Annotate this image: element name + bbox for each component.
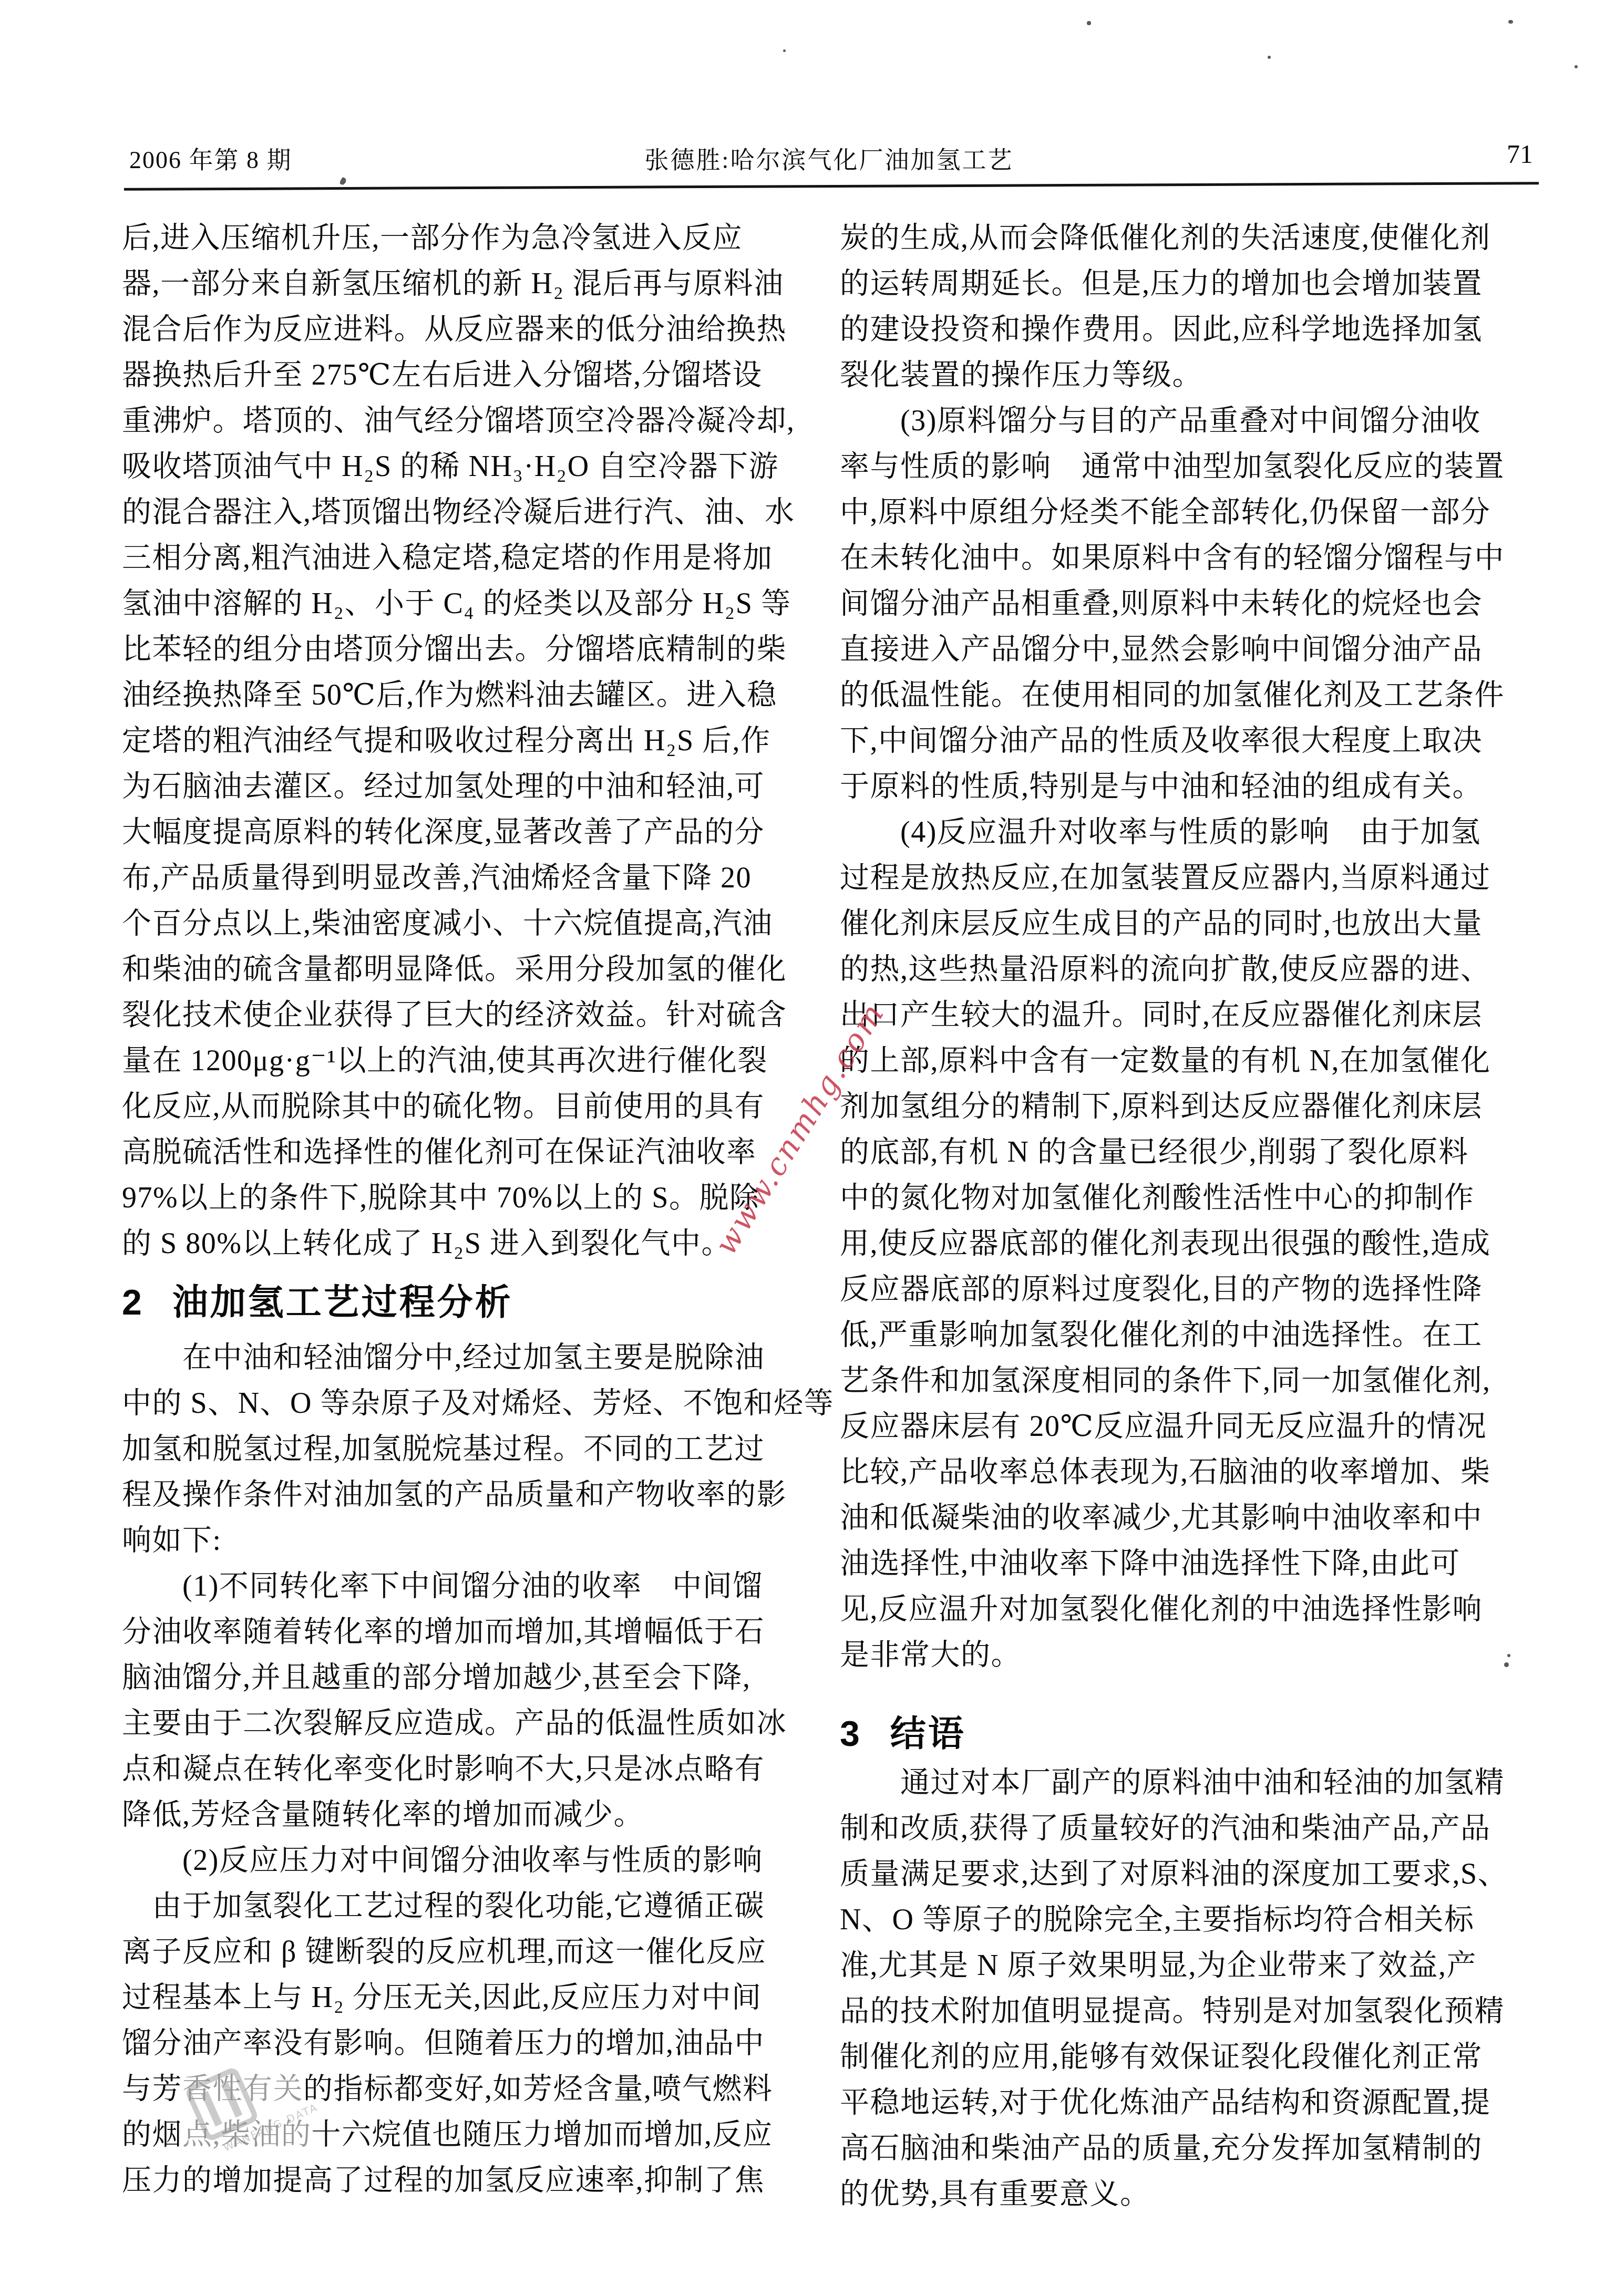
text-line: 中的 S、N、O 等杂原子及对烯烃、芳烃、不饱和烃等 — [122, 1381, 823, 1426]
text-line: 下,中间馏分油产品的性质及收率很大程度上取决 — [840, 718, 1541, 764]
text-line: 率与性质的影响 通常中油型加氢裂化反应的装置 — [840, 444, 1541, 490]
text-line: 降低,芳烃含量随转化率的增加而减少。 — [122, 1792, 823, 1838]
text-line: 过程基本上与 H₂ 分压无关,因此,反应压力对中间 — [122, 1975, 823, 2021]
text-line: 和柴油的硫含量都明显降低。采用分段加氢的催化 — [122, 947, 823, 992]
text-line: 艺条件和加氢深度相同的条件下,同一加氢催化剂, — [840, 1358, 1541, 1404]
text-line: 过程是放热反应,在加氢装置反应器内,当原料通过 — [840, 855, 1541, 901]
text-line: 吸收塔顶油气中 H₂S 的稀 NH₃·H₂O 自空冷器下游 — [122, 444, 823, 490]
text-line: 为石脑油去灌区。经过加氢处理的中油和轻油,可 — [122, 764, 823, 810]
text-line: 见,反应温升对加氢裂化催化剂的中油选择性影响 — [840, 1587, 1541, 1632]
paragraph: 炭的生成,从而会降低催化剂的失活速度,使催化剂的运转周期延长。但是,压力的增加也… — [840, 215, 1541, 1678]
text-segment: 点,柴油的 — [182, 2118, 312, 2151]
text-line: 混合后作为反应进料。从反应器来的低分油给换热 — [122, 307, 823, 353]
text-line: 由于加氢裂化工艺过程的裂化功能,它遵循正碳 — [122, 1884, 823, 1929]
text-line: 中的氮化物对加氢催化剂酸性活性中心的抑制作 — [840, 1175, 1541, 1221]
text-line: 剂加氢组分的精制下,原料到达反应器催化剂床层 — [840, 1084, 1541, 1130]
text-line: 器,一部分来自新氢压缩机的新 H₂ 混后再与原料油 — [122, 261, 823, 307]
text-line: 在中油和轻油馏分中,经过加氢主要是脱除油 — [122, 1335, 823, 1381]
text-segment: 与芳 — [122, 2073, 182, 2105]
text-line: 程及操作条件对油加氢的产品质量和产物收率的影 — [122, 1472, 823, 1518]
text-line: 比苯轻的组分由塔顶分馏出去。分馏塔底精制的柴 — [122, 627, 823, 673]
text-line: 个百分点以上,柴油密度减小、十六烷值提高,汽油 — [122, 901, 823, 947]
journal-page: 2006 年第 8 期 张德胜:哈尔滨气化厂油加氢工艺 71 后,进入压缩机升压… — [0, 0, 1615, 2296]
text-line: 重沸炉。塔顶的、油气经分馏塔顶空冷器冷凝冷却, — [122, 398, 823, 444]
section-number: 3 — [840, 1709, 862, 1759]
ink-speck — [1508, 20, 1513, 24]
text-line: 制和改质,获得了质量较好的汽油和柴油产品,产品 — [840, 1806, 1541, 1852]
page-header: 2006 年第 8 期 张德胜:哈尔滨气化厂油加氢工艺 71 — [122, 141, 1536, 174]
ink-speck — [340, 177, 347, 186]
text-line: 裂化装置的操作压力等级。 — [840, 353, 1541, 398]
text-line: 高脱硫活性和选择性的催化剂可在保证汽油收率 — [122, 1130, 823, 1175]
text-line: 炭的生成,从而会降低催化剂的失活速度,使催化剂 — [840, 215, 1541, 261]
text-line: 制催化剂的应用,能够有效保证裂化段催化剂正常 — [840, 2034, 1541, 2080]
running-title: 张德胜:哈尔滨气化厂油加氢工艺 — [645, 141, 1014, 175]
text-line: 平稳地运转,对于优化炼油产品结构和资源配置,提 — [840, 2080, 1541, 2126]
text-line: 反应器床层有 20℃反应温升同无反应温升的情况 — [840, 1404, 1541, 1450]
text-line: 出口产生较大的温升。同时,在反应器催化剂床层 — [840, 992, 1541, 1038]
text-line: 的混合器注入,塔顶馏出物经冷凝后进行汽、油、水 — [122, 490, 823, 535]
paragraph: 通过对本厂副产的原料油中油和轻油的加氢精制和改质,获得了质量较好的汽油和柴油产品… — [840, 1760, 1541, 2217]
text-line: 布,产品质量得到明显改善,汽油烯烃含量下降 20 — [122, 855, 823, 901]
text-line: 大幅度提高原料的转化深度,显著改善了产品的分 — [122, 810, 823, 855]
text-line: 低,严重影响加氢裂化催化剂的中油选择性。在工 — [840, 1312, 1541, 1358]
text-line: 的优势,具有重要意义。 — [840, 2171, 1541, 2217]
text-line: 催化剂床层反应生成目的产品的同时,也放出大量 — [840, 901, 1541, 947]
text-line: 油选择性,中油收率下降中油选择性下降,由此可 — [840, 1541, 1541, 1587]
text-line: (2)反应压力对中间馏分油收率与性质的影响 — [122, 1838, 823, 1884]
text-line: 氢油中溶解的 H₂、小于 C₄ 的烃类以及部分 H₂S 等 — [122, 581, 823, 627]
text-line: 准,尤其是 N 原子效果明显,为企业带来了效益,产 — [840, 1943, 1541, 1989]
text-line: 的建设投资和操作费用。因此,应科学地选择加氢 — [840, 307, 1541, 353]
text-segment: 十六烷值也随压力增加而增加,反应 — [312, 2118, 773, 2151]
text-line: 油和低凝柴油的收率减少,尤其影响中油收率和中 — [840, 1495, 1541, 1541]
text-segment: 香性有关 — [182, 2073, 303, 2105]
text-line: (4)反应温升对收率与性质的影响 由于加氢 — [840, 810, 1541, 855]
text-line: 离子反应和 β 键断裂的反应机理,而这一催化反应 — [122, 1929, 823, 1975]
text-line: 三相分离,粗汽油进入稳定塔,稳定塔的作用是将加 — [122, 535, 823, 581]
text-line: 是非常大的。 — [840, 1632, 1541, 1678]
text-line: 油经换热降至 50℃后,作为燃料油去罐区。进入稳 — [122, 673, 823, 718]
paragraph: 在中油和轻油馏分中,经过加氢主要是脱除油中的 S、N、O 等杂原子及对烯烃、芳烃… — [122, 1335, 823, 2204]
header-rule — [124, 182, 1539, 191]
text-line: 反应器底部的原料过度裂化,目的产物的选择性降 — [840, 1267, 1541, 1312]
section-title: 油加氢工艺过程分析 — [172, 1283, 513, 1322]
text-line: 分油收率随着转化率的增加而增加,其增幅低于石 — [122, 1609, 823, 1655]
text-line: 定塔的粗汽油经气提和吸收过程分离出 H₂S 后,作 — [122, 718, 823, 764]
text-line: 通过对本厂副产的原料油中油和轻油的加氢精 — [840, 1760, 1541, 1806]
text-line: 点和凝点在转化率变化时影响不大,只是冰点略有 — [122, 1746, 823, 1792]
text-line: 裂化技术使企业获得了巨大的经济效益。针对硫含 — [122, 992, 823, 1038]
text-line: 化反应,从而脱除其中的硫化物。目前使用的具有 — [122, 1084, 823, 1130]
text-line: 器换热后升至 275℃左右后进入分馏塔,分馏塔设 — [122, 353, 823, 398]
ink-speck — [1575, 65, 1578, 68]
text-line: 的运转周期延长。但是,压力的增加也会增加装置 — [840, 261, 1541, 307]
text-segment: 的烟 — [122, 2118, 182, 2151]
text-line: (3)原料馏分与目的产品重叠对中间馏分油收 — [840, 398, 1541, 444]
text-line: 的底部,有机 N 的含量已经很少,削弱了裂化原料 — [840, 1130, 1541, 1175]
text-line: 品的技术附加值明显提高。特别是对加氢裂化预精 — [840, 1989, 1541, 2034]
ink-speck — [1268, 56, 1271, 59]
text-segment: 的指标都变好,如芳烃含量,喷气燃料 — [303, 2073, 773, 2105]
text-line: 后,进入压缩机升压,一部分作为急冷氢进入反应 — [122, 215, 823, 261]
text-line: 压力的增加提高了过程的加氢反应速率,抑制了焦 — [122, 2158, 823, 2204]
text-line: (1)不同转化率下中间馏分油的收率 中间馏 — [122, 1564, 823, 1609]
text-line: 的热,这些热量沿原料的流向扩散,使反应器的进、 — [840, 947, 1541, 992]
text-line: 脑油馏分,并且越重的部分增加越少,甚至会下降, — [122, 1655, 823, 1701]
right-column: 炭的生成,从而会降低催化剂的失活速度,使催化剂的运转周期延长。但是,压力的增加也… — [840, 215, 1541, 2217]
text-line: 与芳香性有关的指标都变好,如芳烃含量,喷气燃料 — [122, 2066, 823, 2112]
text-line: 响如下: — [122, 1518, 823, 1564]
text-line: 97%以上的条件下,脱除其中 70%以上的 S。脱除 — [122, 1175, 823, 1221]
text-line: 的烟点,柴油的十六烷值也随压力增加而增加,反应 — [122, 2112, 823, 2158]
text-line: 在未转化油中。如果原料中含有的轻馏分馏程与中 — [840, 535, 1541, 581]
text-line: 比较,产品收率总体表现为,石脑油的收率增加、柴 — [840, 1450, 1541, 1495]
ink-speck — [783, 49, 786, 52]
section-heading: 2油加氢工艺过程分析 — [122, 1277, 823, 1328]
ink-speck — [1087, 21, 1091, 25]
text-line: 间馏分油产品相重叠,则原料中未转化的烷烃也会 — [840, 581, 1541, 627]
text-line: 质量满足要求,达到了对原料油的深度加工要求,S、 — [840, 1852, 1541, 1897]
paragraph: 后,进入压缩机升压,一部分作为急冷氢进入反应器,一部分来自新氢压缩机的新 H₂ … — [122, 215, 823, 1267]
text-line: 中,原料中原组分烃类不能全部转化,仍保留一部分 — [840, 490, 1541, 535]
text-line: 的低温性能。在使用相同的加氢催化剂及工艺条件 — [840, 673, 1541, 718]
text-line: 加氢和脱氢过程,加氢脱烷基过程。不同的工艺过 — [122, 1426, 823, 1472]
text-line: 高石脑油和柴油产品的质量,充分发挥加氢精制的 — [840, 2126, 1541, 2171]
text-line: 量在 1200μg·g⁻¹以上的汽油,使其再次进行催化裂 — [122, 1038, 823, 1084]
page-number: 71 — [1507, 139, 1533, 169]
text-line: 于原料的性质,特别是与中油和轻油的组成有关。 — [840, 764, 1541, 810]
text-line: 直接进入产品馏分中,显然会影响中间馏分油产品 — [840, 627, 1541, 673]
issue-label: 2006 年第 8 期 — [129, 141, 292, 175]
text-line: 用,使反应器底部的催化剂表现出很强的酸性,造成 — [840, 1221, 1541, 1267]
text-line: N、O 等原子的脱除完全,主要指标均符合相关标 — [840, 1897, 1541, 1943]
section-title: 结语 — [890, 1714, 966, 1754]
text-line: 主要由于二次裂解反应造成。产品的低温性质如冰 — [122, 1701, 823, 1746]
section-number: 2 — [122, 1277, 144, 1328]
text-line: 的上部,原料中含有一定数量的有机 N,在加氢催化 — [840, 1038, 1541, 1084]
text-line: 馏分油产率没有影响。但随着压力的增加,油品中 — [122, 2021, 823, 2066]
left-column: 后,进入压缩机升压,一部分作为急冷氢进入反应器,一部分来自新氢压缩机的新 H₂ … — [122, 215, 823, 2204]
section-heading: 3结语 — [840, 1709, 1541, 1759]
